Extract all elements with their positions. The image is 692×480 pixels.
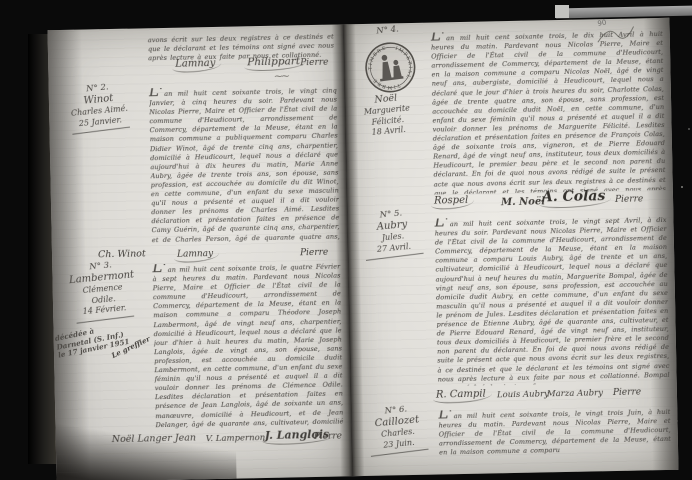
act-3-body: L'an mil huit cent soixante trois, le qu…: [152, 260, 343, 430]
signature-pierre-2: Pierre: [300, 248, 328, 259]
imperial-stamp: TIMBRE · IMPERIAL · TIMBRE: [359, 36, 422, 99]
scan-edge-chip: [555, 5, 569, 18]
signature-marza-aubry: Marza Aubry: [547, 388, 603, 399]
left-page: avons écrit sur les deux registres à ce …: [48, 24, 353, 480]
signature-lampernon: V. Lampernon: [206, 433, 266, 444]
signature-rospel: Rospel: [431, 195, 474, 210]
act-2-body: L'an mil huit cent soixante trois, le vi…: [149, 84, 340, 244]
signature-pierre-3: Pierre: [314, 431, 342, 442]
signature-lamnay: Lamnay: [172, 58, 221, 73]
signature-pierre-5: Pierre: [613, 387, 641, 398]
signature-colas: A. Colas: [539, 188, 612, 208]
margin-note-act-6: N° 6. Caillozet Charles. 23 Juin.: [358, 402, 438, 457]
signature-louis-aubry: Louis Aubry: [497, 389, 549, 400]
margin-note-act-3: N° 3. Lambermont Clémence Odile. 14 Févr…: [54, 257, 151, 324]
act-6-body: L'an mil huit cent soixante trois, le vi…: [438, 406, 671, 471]
right-page: N° 4. TIMBRE · IMPERIAL · TIMBRE: [343, 18, 678, 476]
signature-campil: R. Campil: [433, 388, 492, 403]
margin-note-act-2: N° 2. Winot Charles Aimé. 25 Janvier.: [53, 79, 145, 135]
signature-lamnay-2: Lamnay: [174, 249, 219, 263]
register-double-page: avons écrit sur les deux registres à ce …: [48, 18, 679, 480]
signature-langer: Noël Langer Jean: [112, 432, 196, 445]
signature-pierre: Pierre: [300, 58, 328, 69]
signature-pierre-4: Pierre: [615, 194, 643, 205]
scan-edge-bar: [556, 6, 692, 19]
dust-specks: [0, 0, 2, 2]
act-4-body: L'an mil huit cent soixante trois, le di…: [431, 28, 666, 195]
pencil-number: 90: [597, 18, 607, 27]
paraph-mark: ⁓⁓: [274, 71, 288, 80]
act-5-body: L'an mil huit cent soixante trois, le vi…: [434, 214, 669, 387]
registry-scan-photo: avons écrit sur les deux registres à ce …: [0, 0, 692, 480]
margin-note-act-5: N° 5. Aubry Jules. 27 Avril.: [354, 206, 432, 260]
signature-philippart: Philippart: [244, 55, 306, 71]
margin-note-act-4: Noël Marguerite Félicité. 18 Avril.: [346, 90, 430, 141]
